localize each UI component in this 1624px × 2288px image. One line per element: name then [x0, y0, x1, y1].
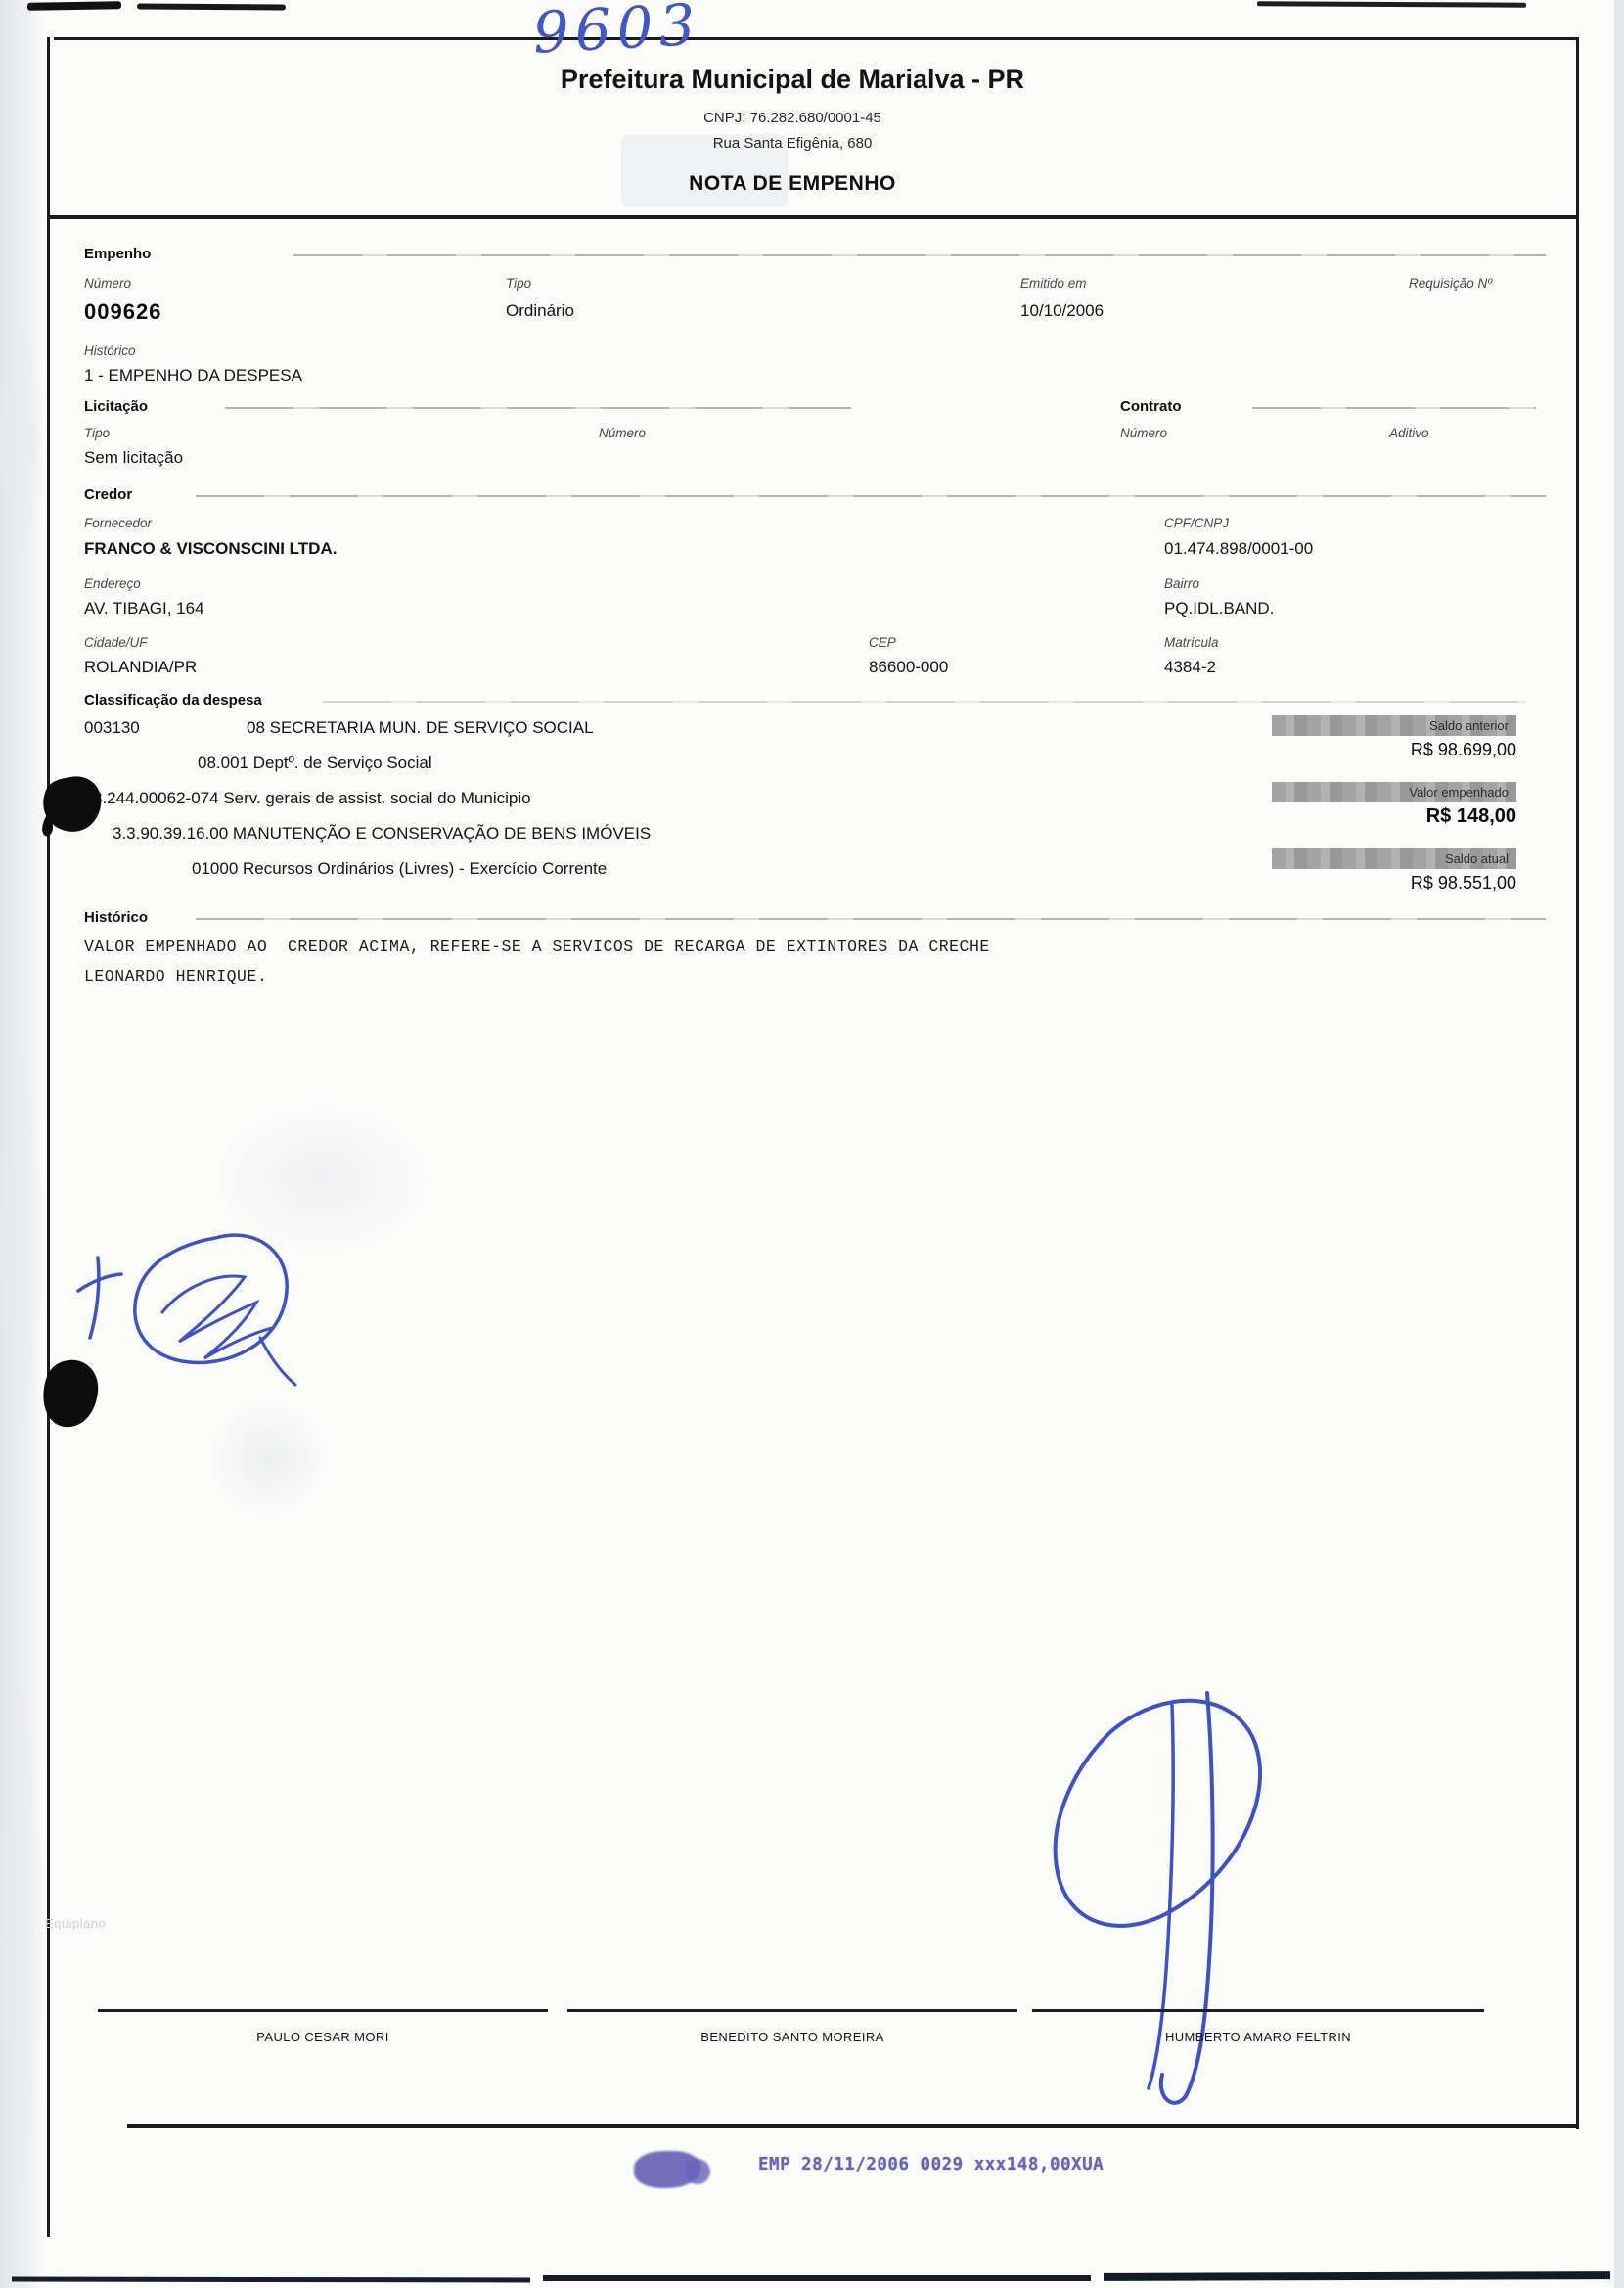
empenho-section-title: Empenho — [84, 247, 151, 261]
software-watermark: Equiplano — [45, 1916, 106, 1931]
scanned-document-page: 9603 Prefeitura Municipal de Marialva - … — [0, 0, 1624, 2288]
classificacao-row-code: 003130 — [84, 718, 140, 738]
saldo-atual-bar: Saldo atual — [1272, 848, 1516, 869]
signature-scrawl — [978, 1675, 1301, 2116]
classificacao-row: 3.3.90.39.16.00 MANUTENÇÃO E CONSERVAÇÃO… — [113, 824, 651, 844]
valor-empenhado-bar: Valor empenhado — [1272, 782, 1516, 802]
frame-top — [47, 215, 1579, 219]
classificacao-row: 8.244.00062-074 Serv. gerais de assist. … — [93, 789, 531, 808]
validation-stamp-text: EMP 28/11/2006 0029 xxx148,00XUA — [758, 2155, 1104, 2174]
header-cnpj: CNPJ: 76.282.680/0001-45 — [137, 110, 1448, 126]
scan-bottom-band — [543, 2275, 1091, 2281]
empenho-requisicao-label: Requisição Nº — [1409, 277, 1492, 291]
scan-topleft-mark — [27, 1, 121, 11]
credor-matricula-value: 4384-2 — [1164, 658, 1216, 677]
scan-smudge — [0, 1664, 47, 2212]
classificacao-row: 01000 Recursos Ordinários (Livres) - Exe… — [192, 859, 607, 879]
credor-rule — [196, 495, 1546, 497]
scan-topleft-mark — [137, 3, 286, 10]
scan-smudge — [210, 1399, 328, 1517]
empenho-tipo-value: Ordinário — [506, 301, 574, 321]
credor-fornecedor-label: Fornecedor — [84, 517, 152, 530]
scan-smudge — [0, 1037, 47, 1448]
credor-bairro-label: Bairro — [1164, 577, 1199, 591]
classificacao-row: 08 SECRETARIA MUN. DE SERVIÇO SOCIAL — [247, 718, 594, 738]
classificacao-rule — [323, 701, 1526, 703]
historico-rule — [196, 918, 1546, 920]
empenho-numero-label: Número — [84, 277, 131, 291]
classificacao-row: 08.001 Deptº. de Serviço Social — [198, 754, 432, 773]
empenho-numero-value: 009626 — [84, 299, 161, 325]
credor-cidade-label: Cidade/UF — [84, 636, 148, 650]
credor-matricula-label: Matrícula — [1164, 636, 1219, 650]
signature-line — [567, 2009, 1017, 2012]
frame-bottom — [127, 2124, 1579, 2128]
valor-empenhado-value: R$ 148,00 — [1272, 805, 1516, 828]
licitacao-tipo-label: Tipo — [84, 427, 110, 440]
scan-smudge — [0, 313, 49, 568]
scan-bottom-band — [1104, 2271, 1610, 2281]
historico-text-line2: LEONARDO HENRIQUE. — [84, 967, 267, 985]
contrato-numero-label: Número — [1120, 427, 1167, 440]
credor-endereco-value: AV. TIBAGI, 164 — [84, 599, 204, 618]
licitacao-section-title: Licitação — [84, 399, 148, 414]
empenho-historico-label: Histórico — [84, 344, 136, 358]
signature-line — [98, 2009, 548, 2012]
saldo-anterior-bar: Saldo anterior — [1272, 715, 1516, 736]
signatory-name: PAULO CESAR MORI — [98, 2030, 548, 2044]
credor-bairro-value: PQ.IDL.BAND. — [1164, 599, 1274, 618]
credor-cidade-value: ROLANDIA/PR — [84, 658, 197, 677]
signatory-name: HUMBERTO AMARO FELTRIN — [1032, 2030, 1484, 2044]
scan-right-edge — [1614, 0, 1624, 2288]
licitacao-numero-label: Número — [599, 427, 646, 440]
page-title: Prefeitura Municipal de Marialva - PR — [137, 65, 1448, 95]
frame-left — [47, 37, 50, 2237]
classificacao-section-title: Classificação da despesa — [84, 693, 262, 708]
licitacao-tipo-value: Sem licitação — [84, 448, 183, 468]
saldo-atual-value: R$ 98.551,00 — [1272, 873, 1516, 893]
doc-type-title: NOTA DE EMPENHO — [137, 172, 1448, 196]
contrato-aditivo-label: Aditivo — [1389, 427, 1429, 440]
empenho-tipo-label: Tipo — [506, 277, 531, 291]
empenho-emitido-label: Emitido em — [1020, 277, 1087, 291]
signatory-name: BENEDITO SANTO MOREIRA — [567, 2030, 1017, 2044]
credor-cep-value: 86600-000 — [869, 658, 948, 677]
credor-cep-label: CEP — [869, 636, 896, 650]
frame-right — [1576, 37, 1579, 2129]
header-address: Rua Santa Efigênia, 680 — [137, 135, 1448, 152]
saldo-anterior-value: R$ 98.699,00 — [1272, 740, 1516, 760]
scan-bottom-band — [12, 2277, 530, 2283]
credor-fornecedor-value: FRANCO & VISCONSCINI LTDA. — [84, 539, 337, 559]
credor-section-title: Credor — [84, 487, 132, 502]
credor-endereco-label: Endereço — [84, 577, 141, 591]
scan-topright-mark — [1257, 1, 1526, 7]
empenho-historico-value: 1 - EMPENHO DA DESPESA — [84, 366, 302, 386]
stamp-logo-blob — [685, 2159, 710, 2184]
credor-cpf-cnpj-label: CPF/CNPJ — [1164, 517, 1229, 530]
empenho-emitido-value: 10/10/2006 — [1020, 301, 1104, 321]
contrato-section-title: Contrato — [1120, 399, 1182, 414]
ink-blob — [39, 773, 108, 838]
handwritten-signature-doodle — [68, 1218, 303, 1404]
licitacao-rule — [225, 407, 851, 409]
signature-line — [1032, 2009, 1484, 2012]
credor-cpf-cnpj-value: 01.474.898/0001-00 — [1164, 539, 1313, 559]
empenho-rule — [293, 254, 1546, 256]
contrato-rule — [1252, 407, 1536, 409]
top-rule — [54, 37, 1577, 40]
historico-section-title: Histórico — [84, 910, 148, 925]
historico-text-line1: VALOR EMPENHADO AO CREDOR ACIMA, REFERE-… — [84, 938, 990, 956]
